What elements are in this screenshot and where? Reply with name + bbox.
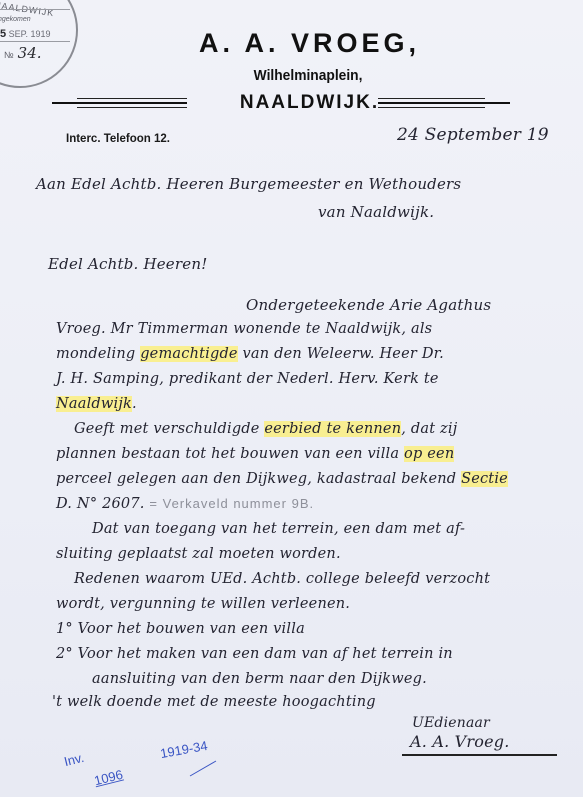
archive-reference: 1919-34 <box>159 738 209 761</box>
body-line-11: sluiting geplaatst zal moeten worden. <box>56 546 341 562</box>
text-segment: van den Weleerw. Heer Dr. <box>238 346 444 362</box>
body-line-12: Redenen waarom UEd. Achtb. college belee… <box>74 571 490 587</box>
body-line-2: Vroeg. Mr Timmerman wonende te Naaldwijk… <box>56 321 432 337</box>
scanned-letter-page: NAALDWIJK Ingekomen 5 SEP. 1919 №34. A. … <box>0 0 583 797</box>
text-segment: mondeling <box>56 346 140 362</box>
body-line-15: 2° Voor het maken van een dam van af het… <box>56 646 453 662</box>
letterhead-rule-right <box>378 98 510 106</box>
body-line-17: 't welk doende met de meeste hoogachting <box>52 694 376 710</box>
body-line-10: Dat van toegang van het terrein, een dam… <box>92 521 465 537</box>
highlighted-text: op een <box>404 446 454 462</box>
addressee-line-1: Aan Edel Achtb. Heeren Burgemeester en W… <box>36 175 461 193</box>
body-line-7: plannen bestaan tot het bouwen van een v… <box>56 446 454 462</box>
signature: A. A. Vroeg. <box>410 732 510 751</box>
body-line-5: Naaldwijk. <box>56 396 137 412</box>
letter-date: 24 September 19 <box>397 125 549 145</box>
body-line-9: D. N° 2607. = Verkaveld nummer 9B. <box>56 496 314 512</box>
text-segment: Geeft met verschuldigde <box>74 421 264 437</box>
closing: UEdienaar <box>412 715 490 731</box>
signature-underline <box>402 754 557 756</box>
body-line-4: J. H. Samping, predikant der Nederl. Her… <box>56 371 439 387</box>
letterhead-company-name: A. A. VROEG, <box>0 28 583 59</box>
body-line-8: perceel gelegen aan den Dijkweg, kadastr… <box>56 471 508 487</box>
pencil-annotation: = Verkaveld nummer 9B. <box>149 496 314 511</box>
highlighted-text: Naaldwijk <box>56 396 132 412</box>
stamp-divider <box>0 9 70 10</box>
text-segment: , dat zij <box>401 421 457 437</box>
body-line-1: Ondergeteekende Arie Agathus <box>246 296 491 314</box>
archive-inv-number: 1096 <box>93 767 125 789</box>
text-segment: D. N° 2607. <box>56 496 145 512</box>
highlighted-text: eerbied te kennen <box>264 421 401 437</box>
highlighted-text: gemachtigde <box>140 346 238 362</box>
text-segment: plannen bestaan tot het bouwen van een v… <box>56 446 404 462</box>
stamp-label: Ingekomen <box>0 16 31 23</box>
body-line-13: wordt, vergunning te willen verleenen. <box>56 596 350 612</box>
body-line-3: mondeling gemachtigde van den Weleerw. H… <box>56 346 444 362</box>
addressee-line-2: van Naaldwijk. <box>318 203 434 221</box>
body-line-14: 1° Voor het bouwen van een villa <box>56 621 305 637</box>
archive-inv-label: Inv. <box>62 750 85 769</box>
highlighted-text: Sectie <box>461 471 508 487</box>
letterhead-telephone: Interc. Telefoon 12. <box>66 133 170 145</box>
archive-reference-underline <box>190 761 216 777</box>
salutation: Edel Achtb. Heeren! <box>48 255 207 273</box>
body-line-6: Geeft met verschuldigde eerbied te kenne… <box>74 421 457 437</box>
body-line-16: aansluiting van den berm naar den Dijkwe… <box>92 671 427 687</box>
letterhead-street: Wilhelminaplein, <box>23 67 559 84</box>
text-segment: . <box>132 396 137 412</box>
text-segment: perceel gelegen aan den Dijkweg, kadastr… <box>56 471 461 487</box>
